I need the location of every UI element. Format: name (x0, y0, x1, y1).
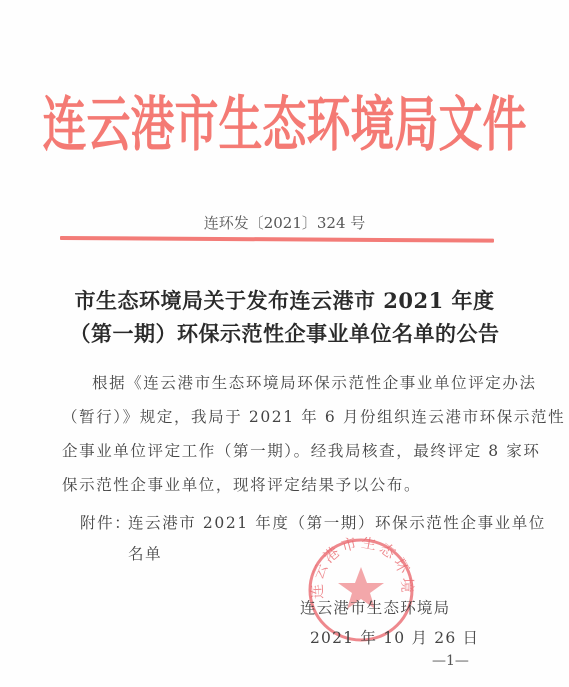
red-divider-line (60, 236, 494, 243)
body-paragraph-line-3: 企事业单位评定工作（第一期）。经我局核查，最终评定 8 家环 (62, 439, 540, 461)
document-title-line-1: 市生态环境局关于发布连云港市 2021 年度 (0, 285, 569, 315)
page-number: —1— (432, 653, 469, 669)
attachment-label: 附件： (80, 511, 131, 533)
signature-date: 2021 年 10 月 26 日 (310, 626, 479, 648)
issuing-org-header: 连云港市生态环境局文件 (0, 76, 569, 162)
body-paragraph-line-1: 根据《连云港市生态环境局环保示范性企事业单位评定办法 (92, 371, 537, 393)
attachment-title-line-1: 连云港市 2021 年度（第一期）环保示范性企事业单位 (128, 511, 546, 533)
body-paragraph-line-4: 保示范性企事业单位，现将评定结果予以公布。 (62, 473, 421, 495)
document-title-line-2: （第一期）环保示范性企事业单位名单的公告 (0, 318, 569, 348)
document-number: 连环发〔2021〕324 号 (0, 212, 569, 233)
attachment-title-line-2: 名单 (128, 542, 162, 564)
body-paragraph-line-2: （暂行）》规定，我局于 2021 年 6 月份组织连云港市环保示范性 (62, 405, 565, 427)
signature-organization: 连云港市生态环境局 (300, 596, 450, 618)
